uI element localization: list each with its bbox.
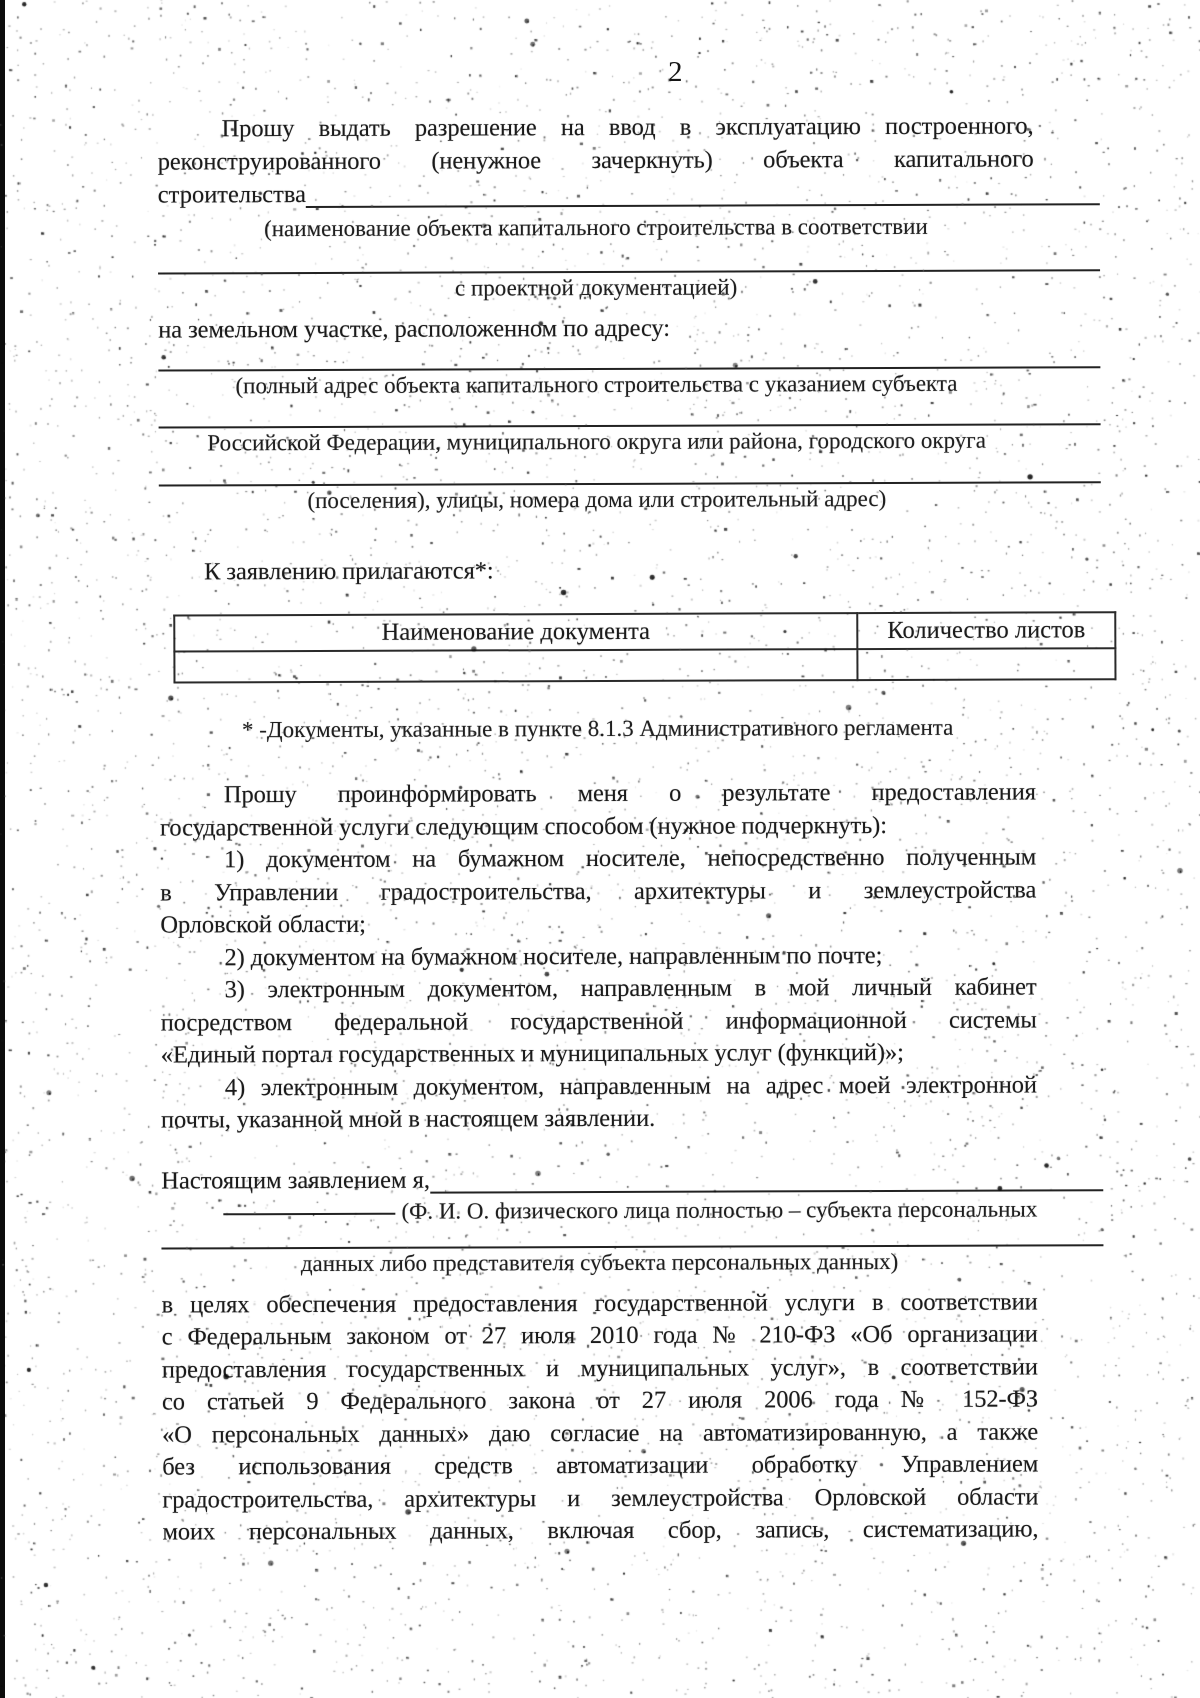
attachments-table: Наименование документа Количество листов	[173, 611, 1116, 683]
text-line: Прошу проинформировать меня о результате…	[160, 776, 1036, 812]
object-name-blank-field-2	[158, 244, 1100, 274]
address-blank-field-3	[159, 455, 1101, 486]
column-header-sheet-count: Количество листов	[857, 612, 1115, 649]
scan-edge-artifact	[0, 0, 5, 1698]
address-blank-field-1	[158, 343, 1100, 371]
dash-line	[223, 1196, 395, 1215]
statement-row: Настоящим заявлением я,	[161, 1161, 1103, 1197]
address-caption-1: (полный адрес объекта капитального строи…	[158, 368, 1034, 401]
inform-paragraph: Прошу проинформировать меня о результате…	[160, 776, 1037, 1137]
text-line: в целях обеспечения предоставления госуд…	[162, 1286, 1038, 1322]
text-line: 2) документом на бумажном носителе, напр…	[160, 939, 1036, 975]
address-intro: на земельном участке, расположенном по а…	[158, 310, 1034, 346]
fio-caption-row: (Ф. И. О. физического лица полностью – с…	[161, 1194, 1037, 1227]
statement-label: Настоящим заявлением я,	[161, 1163, 430, 1197]
text-line: 4) электронным документом, направленным …	[161, 1069, 1037, 1105]
scanned-document-page: 2 Прошу выдать разрешение на ввод в эксп…	[0, 0, 1200, 1698]
text-line: со статьей 9 Федерального закона от 27 и…	[162, 1383, 1038, 1419]
text-line: «Единый портал государственных и муницип…	[161, 1036, 1037, 1072]
page-number: 2	[668, 56, 683, 89]
text-line: градостроительства, архитектуры и землеу…	[162, 1481, 1038, 1517]
text-line: «О персональных данных» даю согласие на …	[162, 1416, 1038, 1452]
attachments-intro: К заявлению прилагаются*:	[159, 552, 1035, 588]
document-content: Прошу выдать разрешение на ввод в эксплу…	[157, 110, 1038, 1549]
request-paragraph: Прошу выдать разрешение на ввод в эксплу…	[157, 110, 1033, 178]
text-line: посредством федеральной государственной …	[161, 1004, 1037, 1040]
attachments-table-header-row: Наименование документа Количество листов	[174, 612, 1115, 651]
text-line: с Федеральным законом от 27 июля 2010 го…	[162, 1318, 1038, 1354]
fill-word: строительства	[158, 178, 306, 212]
text-line: Орловской области;	[160, 906, 1036, 942]
address-caption-3: (поселения), улицы, номера дома или стро…	[159, 483, 1035, 516]
text-line: государственной услуги следующим способо…	[160, 809, 1036, 845]
text-line: 1) документом на бумажном носителе, непо…	[160, 841, 1036, 877]
text-line: реконструированного (ненужное зачеркнуть…	[158, 143, 1034, 179]
object-name-caption-1: (наименование объекта капитального строи…	[158, 211, 1034, 244]
consent-paragraph: в целях обеспечения предоставления госуд…	[162, 1286, 1039, 1549]
text-line: Прошу выдать разрешение на ввод в эксплу…	[157, 110, 1033, 146]
fio-caption-2: данных либо представителя субъекта персо…	[161, 1246, 1037, 1279]
object-name-caption-2: с проектной документацией)	[158, 271, 1034, 304]
text-line: моих персональных данных, включая сбор, …	[162, 1513, 1038, 1549]
object-name-blank-field	[306, 175, 1100, 208]
empty-cell-sheet-count	[857, 648, 1115, 680]
address-caption-2: Российской Федерации, муниципального окр…	[159, 425, 1035, 458]
fio-caption-1: (Ф. И. О. физического лица полностью – с…	[401, 1194, 1037, 1226]
text-line: в Управлении градостроительства, архитек…	[160, 874, 1036, 910]
text-line: предоставления государственных и муницип…	[162, 1351, 1038, 1387]
fio-blank-field-2	[161, 1224, 1103, 1249]
empty-cell-document-name	[174, 649, 857, 682]
text-line: без использования средств автоматизации …	[162, 1448, 1038, 1484]
fio-blank-field	[430, 1161, 1103, 1193]
text-line: почты, указанной мной в настоящем заявле…	[161, 1101, 1037, 1137]
text-line: 3) электронным документом, направленным …	[161, 971, 1037, 1007]
footnote: * -Документы, указанные в пункте 8.1.3 А…	[160, 712, 1036, 745]
column-header-document-name: Наименование документа	[174, 613, 857, 651]
object-name-blank-row: строительства	[158, 175, 1100, 211]
attachments-table-empty-row	[174, 648, 1115, 682]
address-blank-field-2	[159, 398, 1101, 428]
